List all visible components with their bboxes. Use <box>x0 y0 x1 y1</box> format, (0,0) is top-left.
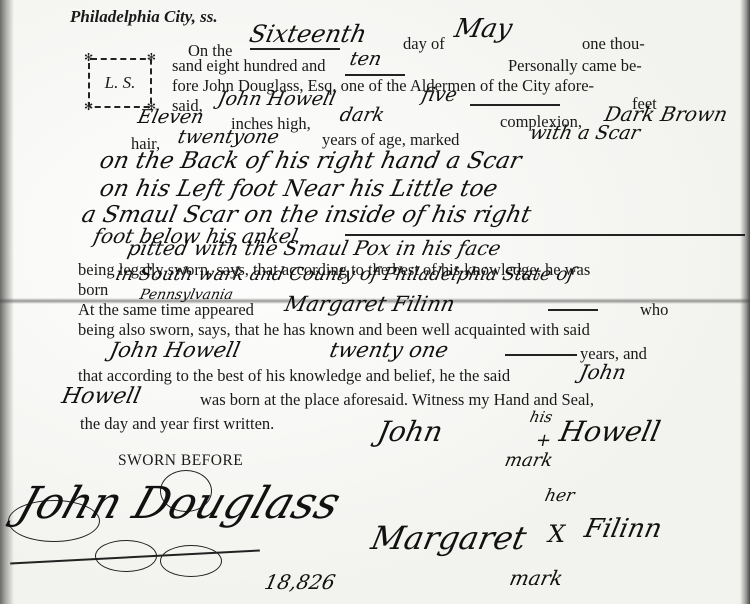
handwritten-birthplace-1: in South wark and County of Philadelphia… <box>114 266 576 284</box>
handwritten-inches: Eleven <box>136 108 205 127</box>
handwritten-years-known: twenty one <box>328 340 450 361</box>
signature-john-last: Howell <box>557 418 663 446</box>
printed-was-born: was born at the place aforesaid. Witness… <box>200 392 594 409</box>
handwritten-marks-3: on his Left foot Near his Little toe <box>98 178 500 201</box>
handwritten-hair-1: Dark Brown <box>603 104 730 124</box>
document-page: Philadelphia City, ss. ✻ ✻ ✻ ✻ L. S. On … <box>0 0 750 604</box>
seal-ornament-icon: ✻ <box>147 53 156 64</box>
handwritten-marks-6: pitted with the Smaul Pox in his face <box>126 238 503 258</box>
signature-x-mark-icon: X <box>545 522 567 546</box>
handwritten-feet: five <box>420 86 459 105</box>
handwritten-marks-1: with a Scar <box>528 124 642 143</box>
handwritten-month: May <box>452 16 514 42</box>
handwritten-said-name: John Howell <box>108 340 242 361</box>
signature-his: his <box>528 410 553 425</box>
seal-ornament-icon: ✻ <box>84 102 93 113</box>
handwritten-said-last: Howell <box>60 386 143 408</box>
signature-her: her <box>543 488 576 505</box>
printed-eight-hundred: sand eight hundred and <box>172 58 326 75</box>
printed-also-sworn: being also sworn, says, that he has know… <box>78 322 590 339</box>
handwritten-said-first: John <box>578 362 628 382</box>
signature-john-first: John <box>375 418 445 446</box>
printed-according: that according to the best of his knowle… <box>78 368 510 385</box>
handwritten-day: Sixteenth <box>247 22 368 46</box>
fill-line <box>505 354 577 356</box>
handwritten-complexion: dark <box>338 106 386 125</box>
printed-one-thou: one thou- <box>582 36 645 53</box>
handwritten-marks-2: on the Back of his right hand a Scar <box>98 150 524 173</box>
printed-personally-came: Personally came be- <box>508 58 642 75</box>
venue-heading: Philadelphia City, ss. <box>70 8 218 25</box>
fill-line <box>470 104 560 106</box>
printed-day-year: the day and year first written. <box>80 416 274 433</box>
seal-label: L. S. <box>105 73 136 93</box>
signature-mark-label: mark <box>503 452 554 470</box>
signature-margaret-first: Margaret <box>369 522 530 554</box>
printed-who: who <box>640 302 668 319</box>
seal-ornament-icon: ✻ <box>84 53 93 64</box>
signature-x-mark-icon: + <box>534 432 553 450</box>
fill-line <box>548 309 598 311</box>
handwritten-age: twentyone <box>176 128 281 147</box>
printed-born: born <box>78 282 108 299</box>
printed-same-time: At the same time appeared <box>78 302 254 319</box>
signature-margaret-mark-label: mark <box>508 568 565 588</box>
reference-number: 18,826 <box>263 572 337 592</box>
printed-day-of: day of <box>403 36 445 53</box>
signature-alderman: John Douglass <box>12 478 347 529</box>
signature-margaret-last: Filinn <box>582 516 664 542</box>
handwritten-year: ten <box>348 50 383 69</box>
fill-line <box>250 48 340 50</box>
signature-flourish <box>160 545 222 577</box>
handwritten-witness: Margaret Filinn <box>283 294 457 315</box>
handwritten-name: John Howell <box>216 90 337 109</box>
printed-years-marked: years of age, marked <box>322 132 459 149</box>
printed-sworn-before: SWORN BEFORE <box>118 453 243 469</box>
seal-box: ✻ ✻ ✻ ✻ L. S. <box>88 58 152 108</box>
